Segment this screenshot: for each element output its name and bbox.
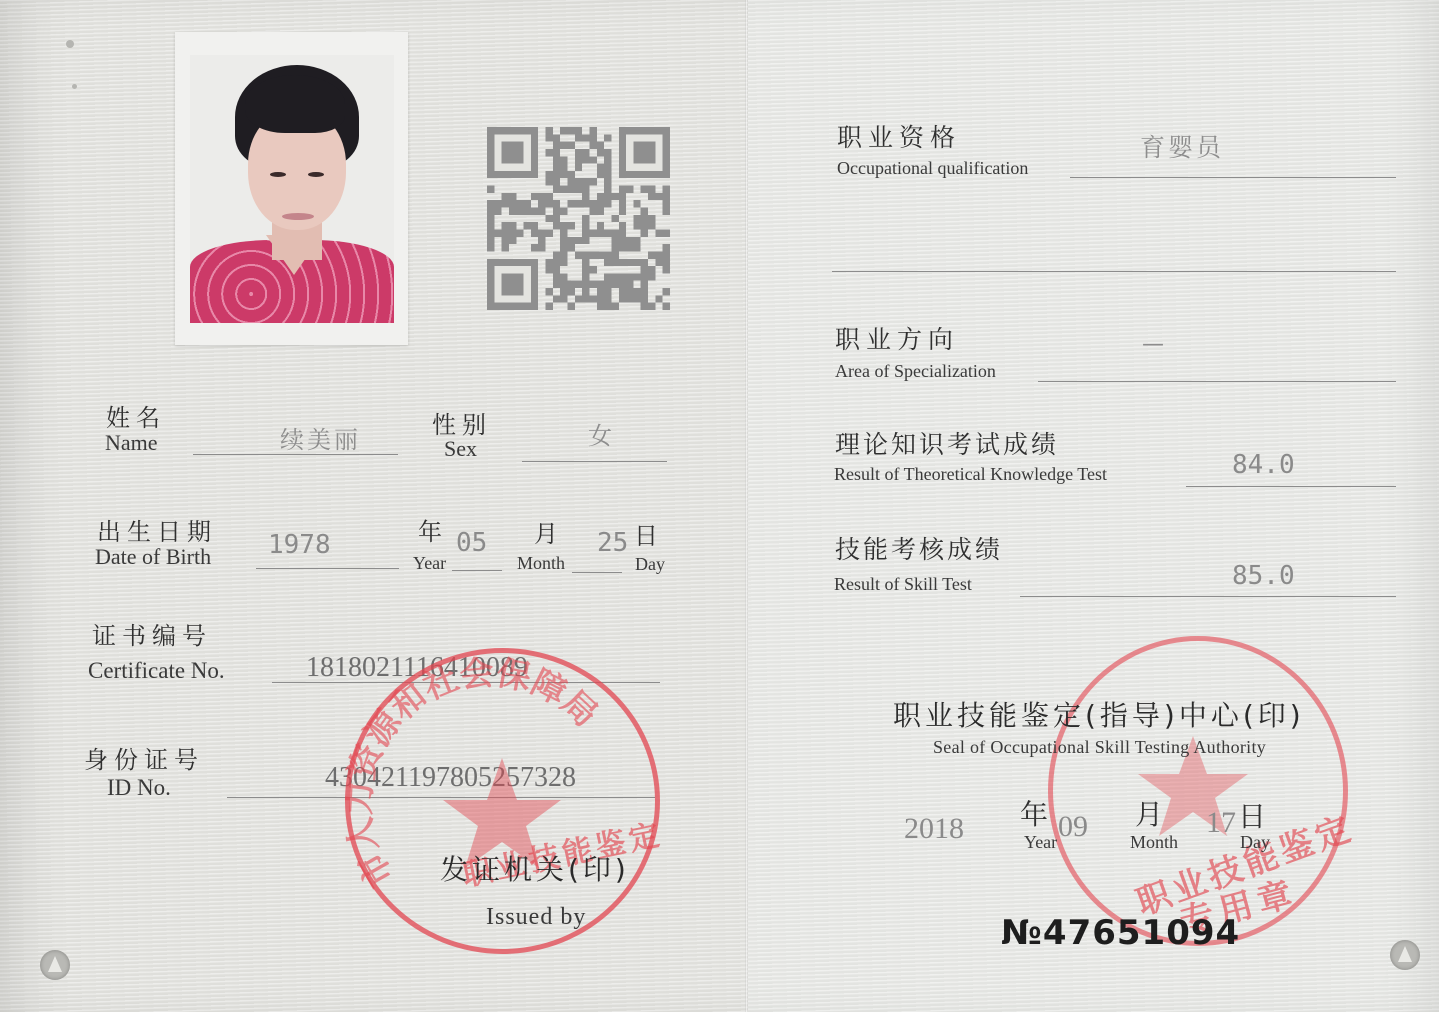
authority-label-en: Seal of Occupational Skill Testing Autho… bbox=[933, 737, 1266, 758]
name-label-cn: 姓名 bbox=[106, 398, 166, 433]
issue-day-cn: 日 bbox=[1238, 795, 1272, 835]
dob-month-value: 05 bbox=[456, 528, 487, 558]
qualification-label-en: Occupational qualification bbox=[837, 158, 1028, 179]
dob-day-value: 25 bbox=[597, 528, 628, 558]
issued-by-label-en: Issued by bbox=[486, 904, 586, 931]
skill-result-label-en: Result of Skill Test bbox=[834, 574, 972, 595]
emboss-arrow-icon bbox=[40, 950, 70, 980]
issue-month-en: Month bbox=[1130, 832, 1178, 853]
issued-by-label-cn: 发证机关(印) bbox=[440, 848, 630, 888]
issue-month-value: 09 bbox=[1058, 810, 1088, 844]
dob-year-en: Year bbox=[413, 553, 446, 574]
specialization-value: — bbox=[1142, 332, 1167, 357]
dob-year-value: 1978 bbox=[268, 530, 331, 560]
theory-result-label-cn: 理论知识考试成绩 bbox=[835, 425, 1059, 461]
certificate-left-page: 姓名 Name 续美丽 性别 Sex 女 出生日期 Date of Birth … bbox=[0, 0, 748, 1012]
certificate-right-page: 职业资格 Occupational qualification 育婴员 职业方向… bbox=[748, 0, 1439, 1012]
name-label-en: Name bbox=[105, 430, 158, 456]
dob-day-en: Day bbox=[635, 554, 665, 575]
skill-result-label-cn: 技能考核成绩 bbox=[835, 530, 1003, 566]
qualification-value: 育婴员 bbox=[1140, 128, 1224, 164]
dob-day-cn: 日 bbox=[634, 516, 664, 551]
sex-label-en: Sex bbox=[444, 436, 477, 462]
dob-label-cn: 出生日期 bbox=[97, 512, 217, 547]
serial-number: №47651094 bbox=[1001, 913, 1240, 953]
issue-day-en: Day bbox=[1240, 832, 1270, 853]
sex-label-cn: 性别 bbox=[432, 405, 492, 440]
qr-code-icon bbox=[487, 127, 670, 310]
certificate-no-label-en: Certificate No. bbox=[88, 658, 225, 684]
issue-day-value: 17 bbox=[1206, 806, 1236, 840]
issue-year-cn: 年 bbox=[1020, 793, 1054, 833]
specialization-label-cn: 职业方向 bbox=[835, 320, 959, 356]
specialization-label-en: Area of Specialization bbox=[835, 361, 996, 382]
dob-month-cn: 月 bbox=[534, 514, 564, 549]
theory-result-label-en: Result of Theoretical Knowledge Test bbox=[834, 464, 1107, 485]
qualification-label-cn: 职业资格 bbox=[837, 118, 961, 154]
theory-result-value: 84.0 bbox=[1232, 450, 1295, 480]
issue-month-cn: 月 bbox=[1135, 793, 1169, 833]
certificate-no-label-cn: 证书编号 bbox=[92, 616, 212, 651]
holder-photo bbox=[190, 55, 394, 323]
sex-value: 女 bbox=[588, 416, 615, 451]
page-mark bbox=[72, 84, 77, 89]
dob-label-en: Date of Birth bbox=[95, 544, 211, 570]
name-value: 续美丽 bbox=[280, 420, 361, 455]
issue-year-value: 2018 bbox=[904, 812, 964, 846]
id-no-label-en: ID No. bbox=[107, 775, 171, 801]
id-no-label-cn: 身份证号 bbox=[84, 740, 204, 775]
page-mark bbox=[66, 40, 74, 48]
dob-month-en: Month bbox=[517, 553, 565, 574]
issue-year-en: Year bbox=[1024, 832, 1057, 853]
dob-year-cn: 年 bbox=[418, 512, 448, 547]
authority-label-cn: 职业技能鉴定(指导)中心(印) bbox=[893, 694, 1305, 734]
skill-result-value: 85.0 bbox=[1232, 561, 1295, 591]
emboss-arrow-icon bbox=[1390, 940, 1420, 970]
